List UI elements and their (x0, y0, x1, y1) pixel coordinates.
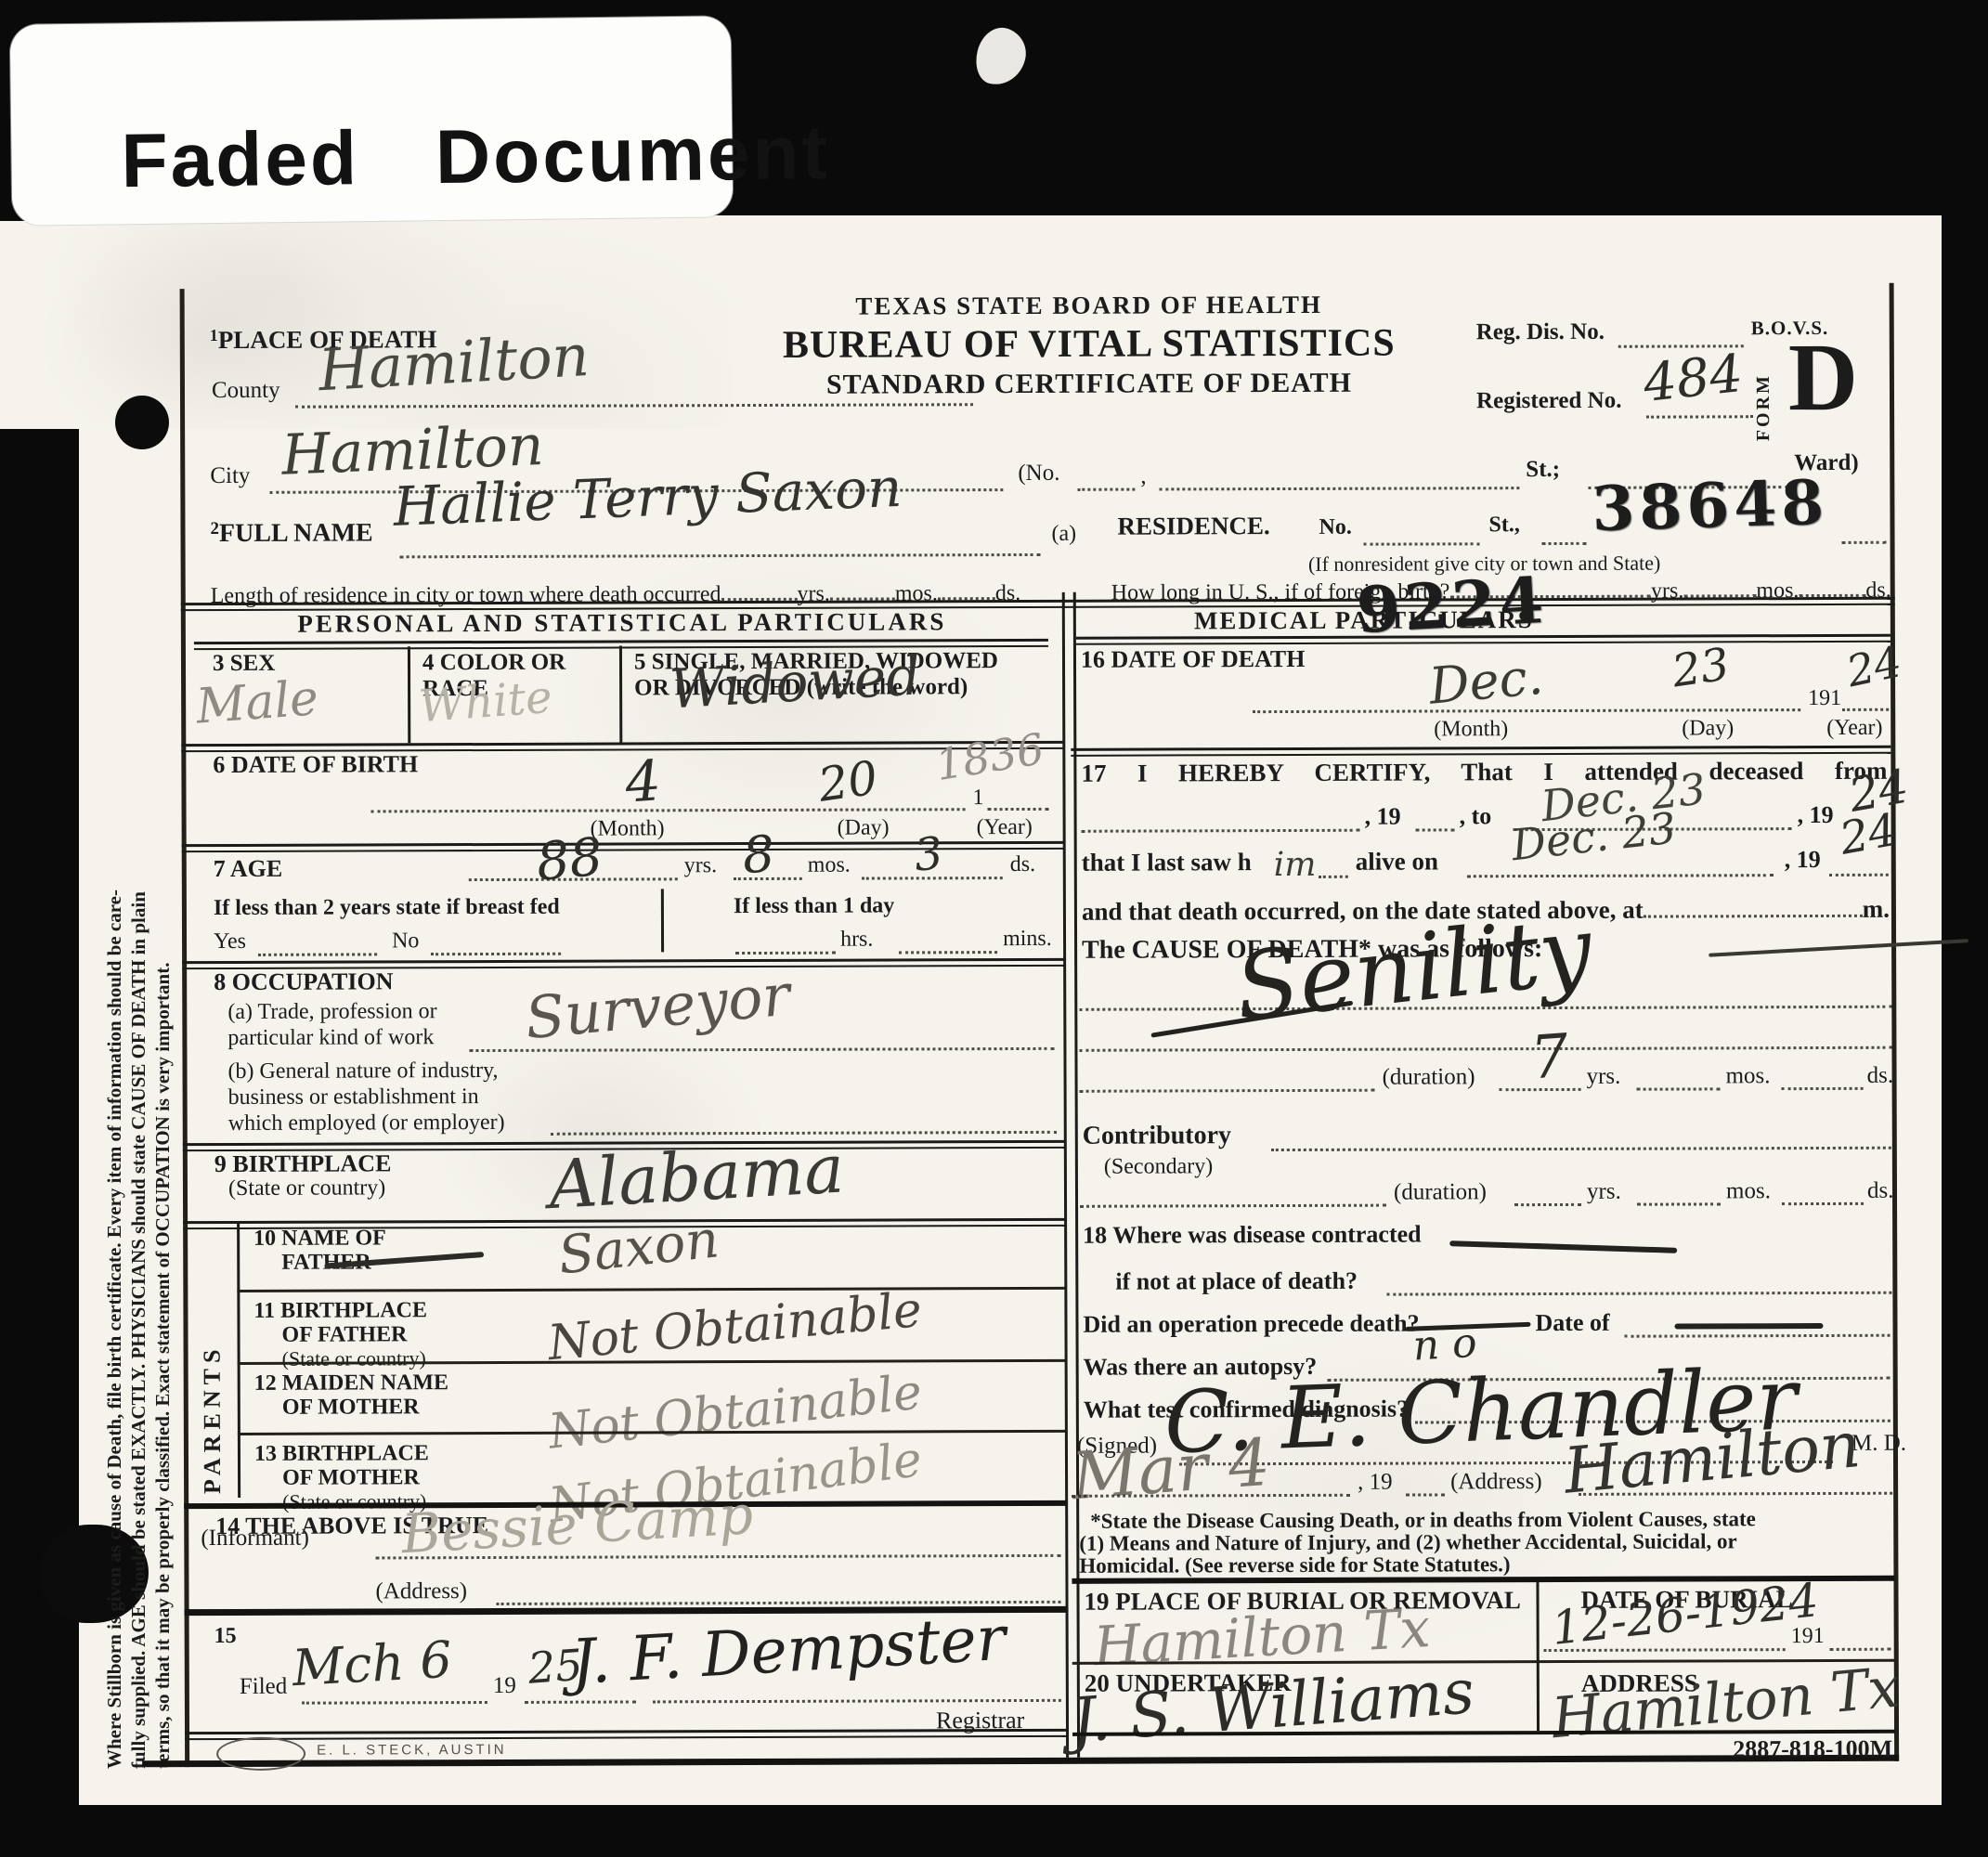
a-label: (a) (1051, 522, 1076, 547)
county-value: Hamilton (317, 321, 591, 404)
residence-st-line (1542, 542, 1587, 545)
standard-title: STANDARD CERTIFICATE OF DEATH (713, 367, 1465, 401)
duration2-ds-line (1782, 1202, 1864, 1205)
printer-credit: E. L. STECK, AUSTIN (317, 1742, 507, 1759)
dod-year-hw: 24 (1842, 636, 1906, 696)
signed-date-line (1072, 1494, 1350, 1498)
sig-19-label: , 19 (1358, 1470, 1393, 1496)
lastsaw-year-line (1829, 874, 1889, 877)
birthplace-label: 9 BIRTHPLACE (214, 1149, 392, 1178)
age-ds-label: ds. (1010, 852, 1035, 877)
sig-19-line (1406, 1493, 1445, 1496)
certify-line-1: 17 I HEREBY CERTIFY, That I attended dec… (1081, 757, 1887, 788)
q18b-label: if not at place of death? (1115, 1267, 1358, 1296)
form-word: FORM (1753, 373, 1774, 441)
registered-line (1646, 415, 1753, 418)
filed-year-printed: 19 (493, 1673, 516, 1699)
cause-line-2 (1079, 1046, 1891, 1052)
dob-month-cap: (Month) (591, 816, 665, 841)
sig-address-label: (Address) (1450, 1469, 1542, 1495)
cause-flourish-tail (1709, 939, 1969, 957)
yes-line (258, 953, 377, 955)
yes-label: Yes (214, 929, 246, 954)
dob-day-cap: (Day) (838, 815, 890, 840)
parents-strip-divider (237, 1221, 240, 1498)
duration2-pre-line (1080, 1204, 1386, 1208)
duration1-ds: ds. (1867, 1063, 1894, 1089)
form-letter: D (1788, 330, 1858, 426)
mother-label-1: 12 MAIDEN NAME (254, 1370, 448, 1396)
duration2-ds: ds. (1867, 1178, 1894, 1204)
faded-document-sticker: FadedDocument (10, 16, 734, 225)
sex-color-divider (408, 646, 410, 743)
certify-19-line (1416, 828, 1455, 831)
lastsaw-value: Dec. 23 (1509, 802, 1678, 870)
dob-year-cap: (Year) (977, 815, 1033, 840)
occupation-value: Surveyor (523, 961, 793, 1053)
dod-year-cap: (Year) (1826, 716, 1882, 741)
bureau-title: BUREAU OF VITAL STATISTICS (713, 320, 1465, 368)
operation-label: Did an operation precede death? (1083, 1310, 1419, 1339)
dob-day-value: 20 (815, 750, 881, 812)
filed-year-line (525, 1700, 636, 1703)
certificate: 1PLACE OF DEATH County Hamilton TEXAS ST… (0, 0, 1988, 1857)
sex-label: 3 SEX (213, 651, 275, 677)
father-bp-label-1: 11 BIRTHPLACE (253, 1298, 427, 1324)
duration1-pre-line (1080, 1089, 1375, 1093)
residence-stamp-line (1842, 541, 1887, 544)
signed-date-hw: Mar 4 (1069, 1424, 1272, 1514)
lastsaw-hw: im (1274, 846, 1317, 884)
duration1-mos-line (1637, 1087, 1721, 1090)
reg-dis-label: Reg. Dis. No. (1476, 319, 1605, 345)
registrar-line (653, 1699, 1061, 1704)
burial-divider (1536, 1582, 1539, 1660)
no-label: No (392, 928, 419, 954)
place-num: 1 (210, 326, 218, 344)
q18-label: 18 Where was disease contracted (1083, 1220, 1422, 1249)
county-line (295, 403, 973, 409)
st-line-pre (1159, 487, 1519, 490)
dod-month-cap: (Month) (1434, 717, 1508, 742)
footnote-3: Homicidal. (See reverse side for State S… (1079, 1552, 1510, 1578)
lastsaw-2: alive on (1356, 847, 1438, 876)
address-label: (Address) (375, 1578, 467, 1604)
faded-document-label: FadedDocument (121, 110, 830, 205)
dob-year-prefix: 1 (972, 786, 983, 811)
st-label: St.; (1526, 457, 1560, 483)
father-rule (237, 1287, 1065, 1292)
duration1-label: (duration) (1383, 1064, 1475, 1090)
duration1-yrs-line (1500, 1088, 1581, 1091)
hrs-line (735, 952, 836, 954)
dod-label: 16 DATE OF DEATH (1081, 645, 1306, 674)
duration2-mos: mos. (1726, 1178, 1771, 1204)
duration2-label: (duration) (1394, 1179, 1487, 1205)
sex-value: Male (194, 670, 320, 734)
age-days-value: 3 (912, 827, 945, 882)
full-name-line (400, 553, 1041, 558)
burial-191: 191 (1791, 1624, 1825, 1649)
age-mos-label: mos. (808, 853, 851, 878)
duration2-yrs-line (1514, 1203, 1581, 1206)
filed-num: 15 (214, 1624, 237, 1649)
form-vertical: FORM (1753, 348, 1774, 441)
duration1-ds-line (1782, 1087, 1864, 1090)
marital-value: Widowed (668, 643, 922, 721)
union-bug (216, 1737, 305, 1771)
occupation-a1: (a) Trade, profession or (227, 999, 436, 1025)
age-years-value: 88 (534, 827, 605, 893)
father-label-1: 10 NAME OF (253, 1226, 386, 1251)
duration2-yrs: yrs. (1587, 1179, 1621, 1205)
mother-bp-label-1: 13 BIRTHPLACE (254, 1441, 429, 1467)
document-word: Document (435, 110, 830, 200)
q18b-line (1386, 1292, 1891, 1296)
mother-bp-label-2: OF MOTHER (282, 1465, 420, 1491)
less-day-label: If less than 1 day (734, 893, 894, 919)
contributory-line (1271, 1147, 1891, 1151)
county-label: County (212, 378, 280, 404)
occupation-b3: which employed (or employer) (228, 1110, 505, 1136)
date-of-label: Date of (1535, 1309, 1609, 1337)
lastsaw-year-hw: 24 (1836, 804, 1901, 865)
dod-line (1253, 708, 1800, 713)
lastsaw-1: that I last saw h (1082, 848, 1252, 877)
undertaker-divider (1537, 1660, 1540, 1731)
registered-label: Registered No. (1476, 388, 1622, 415)
breast-fed-label: If less than 2 years state if breast fed (214, 895, 560, 921)
certify-19: , 19 (1365, 803, 1401, 831)
occupation-a2: particular kind of work (227, 1025, 434, 1051)
form-number: 2887-818-100M (1581, 1735, 1892, 1764)
occupation-b2: business or establishment in (228, 1084, 479, 1110)
dob-year-line (988, 808, 1049, 811)
filed-date-value: Mch 6 (291, 1630, 453, 1697)
father-bp-label-2: OF FATHER (281, 1322, 407, 1347)
age-sub-divider (661, 889, 664, 952)
personal-title: PERSONAL AND STATISTICAL PARTICULARS (181, 607, 1063, 639)
age-yrs-label: yrs. (684, 853, 717, 878)
no-line (1077, 488, 1135, 491)
no-line (431, 953, 561, 955)
dod-day-cap: (Day) (1682, 716, 1734, 741)
duration2-mos-line (1637, 1202, 1721, 1205)
mins-line (899, 951, 997, 954)
city-comma: , (1140, 464, 1146, 490)
age-months-value: 8 (740, 825, 776, 885)
lastsaw-h-line (1319, 876, 1348, 878)
dob-line (371, 808, 966, 812)
birthplace-value: Alabama (547, 1129, 846, 1224)
occurred-m: m. (1863, 894, 1890, 923)
occupation-label: 8 OCCUPATION (214, 967, 393, 996)
dod-month-value: Dec. (1426, 647, 1545, 716)
certify-192: , 19 (1798, 801, 1834, 829)
board-title: TEXAS STATE BOARD OF HEALTH (713, 290, 1465, 321)
full-name-label: 2FULL NAME (210, 518, 372, 549)
dod-year-line (1842, 708, 1889, 711)
age-label: 7 AGE (214, 855, 283, 883)
parents-vertical-wrap: PARENTS (198, 1215, 227, 1494)
burial-date-line (1544, 1648, 1786, 1652)
dob-year-value: 1836 (932, 723, 1047, 790)
residence-no-label: No. (1319, 515, 1351, 540)
birthplace-sub: (State or country) (228, 1175, 385, 1201)
dob-label: 6 DATE OF BIRTH (213, 750, 418, 779)
age-months-line (734, 877, 802, 880)
q18-dash (1449, 1240, 1677, 1253)
footnote-2: (1) Means and Nature of Injury, and (2) … (1079, 1529, 1736, 1555)
certify-from-line (1082, 829, 1360, 833)
duration1-mos: mos. (1726, 1063, 1771, 1089)
dod-day-value: 23 (1669, 638, 1732, 697)
secondary-label: (Secondary) (1104, 1154, 1213, 1179)
city-label: City (210, 463, 250, 489)
scanned-death-certificate: Where Stillborn is given as cause of Dea… (0, 0, 1988, 1857)
no-label: (No. (1018, 461, 1059, 487)
father-bp-value: Not Obtainable (546, 1282, 925, 1371)
informant-value: Bessie Camp (400, 1483, 755, 1565)
filed-label: Filed (240, 1674, 288, 1700)
faded-word: Faded (121, 116, 360, 203)
residence-label: RESIDENCE. (1117, 512, 1269, 541)
lastsaw-line (1467, 874, 1774, 877)
date-of-dash (1674, 1323, 1823, 1330)
informant-label: (Informant) (201, 1526, 309, 1552)
residence-no-line (1364, 542, 1480, 545)
leftcol-bottom-rule (185, 1729, 1067, 1740)
parents-vertical-label: PARENTS (199, 1344, 227, 1495)
residence-st-label: St., (1488, 513, 1519, 538)
duration1-value: 7 (1528, 1022, 1571, 1094)
color-marital-divider (619, 645, 622, 742)
dod-rule (1071, 746, 1891, 757)
age-years-line (469, 877, 678, 881)
dod-year-printed: 191 (1808, 686, 1841, 711)
father-bp-sub: (State or country) (282, 1346, 426, 1371)
burial-191-line (1830, 1648, 1891, 1651)
occupation-b1: (b) General nature of industry, (227, 1058, 498, 1084)
registrar-signature: J. F. Dempster (569, 1603, 1007, 1698)
color-value: White (417, 671, 553, 733)
residence-stamp-number: 38648 (1591, 466, 1829, 546)
border-right (1890, 283, 1900, 1761)
duration1-yrs: yrs. (1587, 1064, 1621, 1090)
registered-value: 484 (1641, 344, 1746, 414)
contributory-label: Contributory (1083, 1121, 1231, 1151)
full-name-num: 2 (210, 519, 219, 539)
border-left (180, 289, 190, 1767)
certify-to: , to (1460, 802, 1492, 830)
dob-month-value: 4 (623, 748, 663, 816)
lastsaw-19: , 19 (1785, 846, 1821, 874)
date-of-line (1625, 1334, 1891, 1338)
masthead-titles: TEXAS STATE BOARD OF HEALTH BUREAU OF VI… (713, 290, 1465, 401)
hrs-label: hrs. (840, 928, 873, 953)
filed-line (302, 1701, 487, 1705)
mins-label: mins. (1003, 927, 1052, 952)
mother-label-2: OF MOTHER (282, 1395, 420, 1421)
medical-title-rule (1076, 634, 1891, 645)
